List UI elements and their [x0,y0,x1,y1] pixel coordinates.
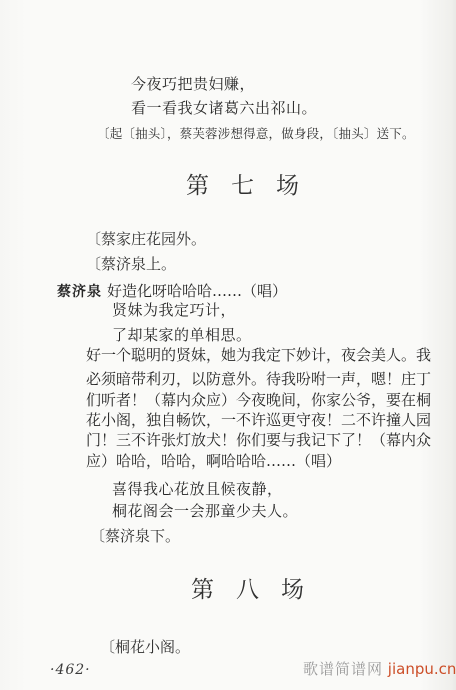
speaker-name: 蔡济泉 [57,282,102,302]
lyric-line: 今夜巧把贵妇赚， [131,74,255,94]
stage-direction: 〔蔡济泉上。 [86,254,176,274]
book-page-scan: 今夜巧把贵妇赚， 看一看我女诸葛六出祁山。 〔起〔抽头〕，蔡芙蓉涉想得意，做身段… [0,0,456,690]
watermark-domain: jianpu.cn [388,660,456,678]
scene-heading: 第八场 [191,580,326,600]
dialogue-line: 必须暗带利刃，以防意外。待我吩咐一声，嗯！庄丁 [86,369,431,389]
lyric-line: 桐花阁会一会那童少夫人。 [112,501,298,521]
watermark: 歌谱简谱网 jianpu.cn [303,659,456,679]
stage-direction: 〔桐花小阁。 [100,637,190,657]
dialogue-line: 好一个聪明的贤妹，她为我定下妙计，夜会美人。我 [86,345,431,365]
page-number: ·462· [50,660,91,680]
stage-direction: 〔起〔抽头〕，蔡芙蓉涉想得意，做身段，〔抽头〕送下。 [97,124,415,144]
watermark-site-name: 歌谱简谱网 [303,660,383,678]
dialogue-line: 花小阁，独自畅饮，一不许巡更守夜！二不许撞人园 [86,410,431,430]
lyric-line: 喜得我心花放且候夜静， [112,479,283,499]
stage-direction: 〔蔡家庄花园外。 [86,229,206,249]
lyric-line: 了却某家的单相思。 [112,325,252,345]
dialogue-line: 好造化呀哈哈哈……（唱） [107,281,287,301]
dialogue-line: 们听者！（幕内众应）今夜晚间，你家公爷，要在桐 [86,390,431,410]
dialogue-line: 门！三不许张灯放犬！你们要与我记下了！（幕内众 [86,430,431,450]
lyric-line: 看一看我女诸葛六出祁山。 [131,98,317,118]
lyric-line: 贤妹为我定巧计， [112,300,236,320]
dialogue-line: 应）哈哈，哈哈，啊哈哈哈……（唱） [86,451,341,471]
stage-direction: 〔蔡济泉下。 [90,526,180,546]
scene-heading: 第七场 [186,176,321,196]
